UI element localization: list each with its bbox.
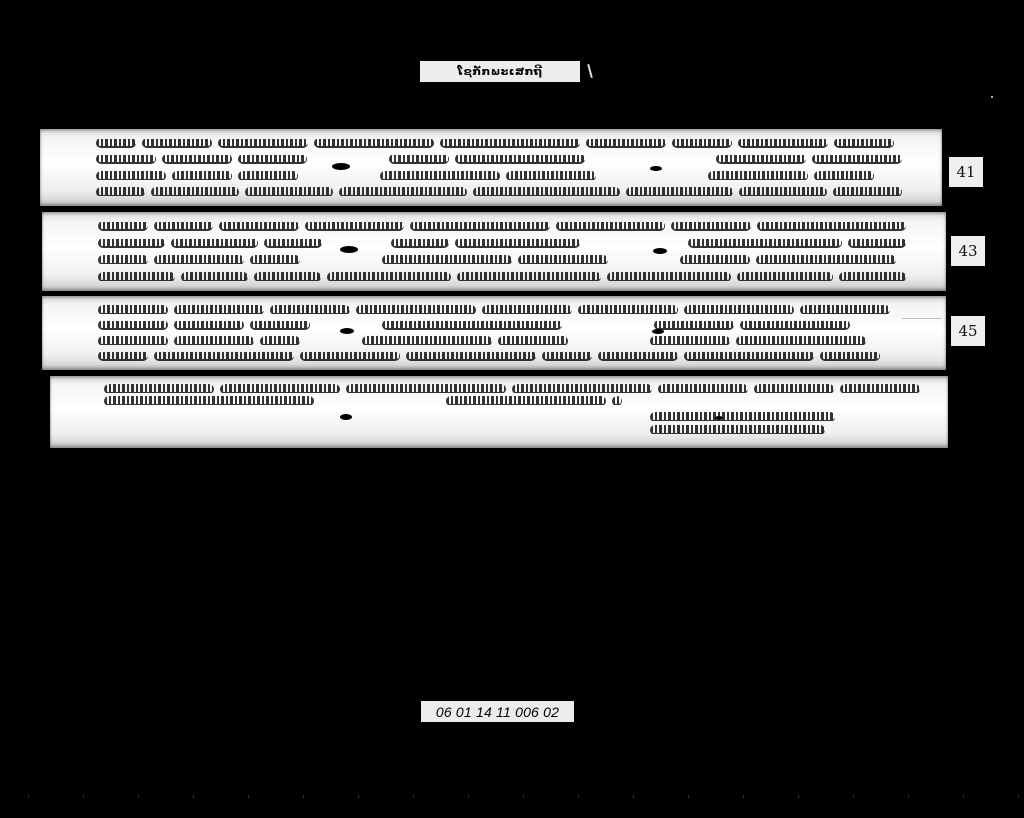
page-number-41: 41 [949,157,983,187]
palm-leaf-1 [40,129,942,206]
leaf-scratch [902,318,942,319]
binding-hole [332,163,350,170]
scan-noise [0,795,1024,798]
colophon-line [650,425,840,434]
page-number-43: 43 [951,236,985,266]
leaf-text-lines [98,218,906,285]
leaf-text-lines [104,384,924,405]
page-number-45: 45 [951,316,985,346]
binding-hole [715,416,723,420]
binding-hole [340,414,352,420]
text-line [96,171,902,180]
text-line [104,396,924,405]
palm-leaf-2 [42,212,946,291]
tick-mark [587,64,593,78]
text-line [98,272,906,281]
palm-leaf-3 [42,296,946,370]
text-line [104,384,924,393]
binding-hole [340,246,358,253]
text-line [96,155,902,164]
text-line [96,139,902,148]
title-label: ໂຊກັກພະເສກຖີ [420,61,580,82]
text-line [98,239,906,248]
leaf-text-lines [96,135,902,200]
colophon [650,412,840,434]
text-line [98,352,906,361]
text-line [98,305,906,314]
binding-hole [340,328,354,334]
text-line [98,255,906,264]
text-line [98,321,906,330]
binding-hole [653,248,667,254]
palm-leaf-4 [50,376,948,448]
text-line [96,187,902,196]
binding-hole [650,166,662,171]
colophon-line [650,412,840,421]
text-line [98,336,906,345]
scan-dot [991,96,993,98]
archive-id-label: 06 01 14 11 006 02 [421,701,574,722]
binding-hole [652,329,664,334]
text-line [98,222,906,231]
leaf-text-lines [98,302,906,364]
